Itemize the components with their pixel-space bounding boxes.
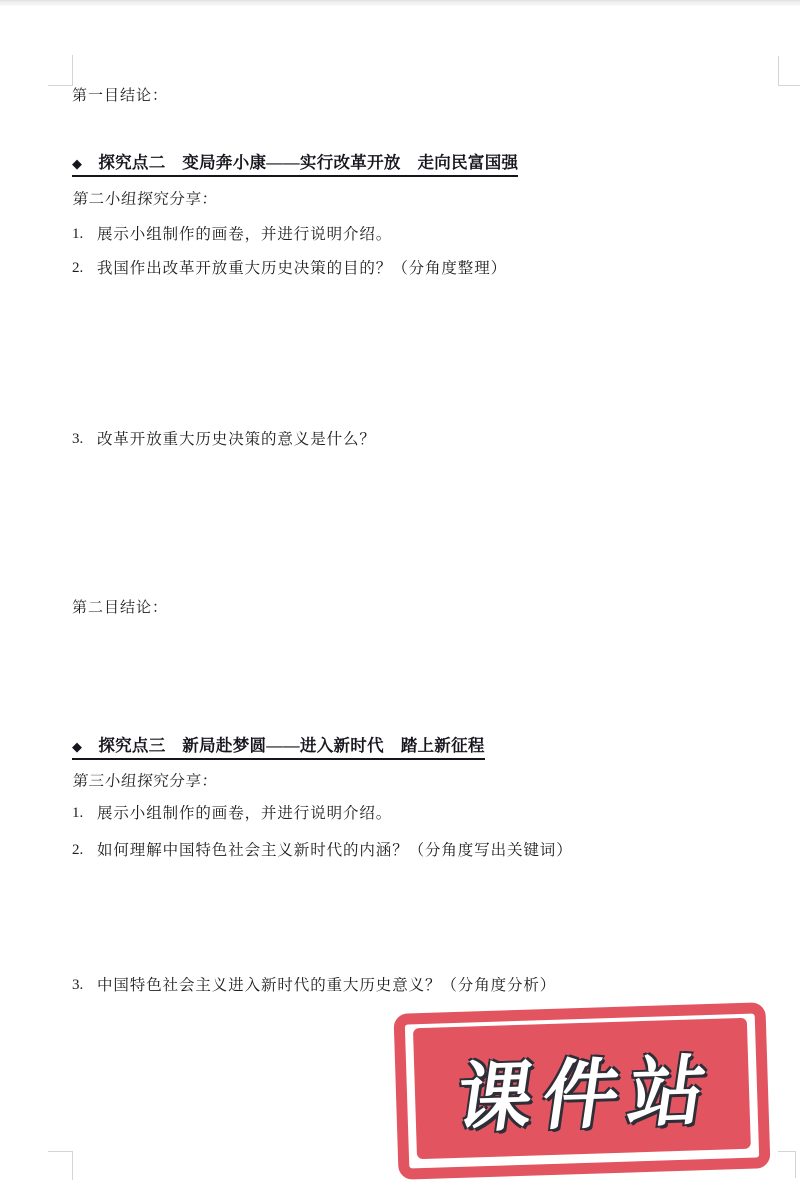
group-three-share-subtitle: 第三小组探究分享：	[72, 774, 218, 790]
document-page: 第一目结论： ◆ 探究点二 变局奔小康——实行改革开放 走向民富国强 第二小组探…	[0, 0, 800, 1200]
list-item: 3. 中国特色社会主义进入新时代的重大历史意义？（分角度分析）	[72, 978, 556, 994]
text-boundary-mark-bottom-right	[778, 1151, 796, 1178]
list-item-text: 改革开放重大历史决策的意义是什么？	[97, 432, 376, 448]
list-item: 1. 展示小组制作的画卷，并进行说明介绍。	[72, 227, 392, 243]
list-item-text: 如何理解中国特色社会主义新时代的内涵？（分角度写出关键词）	[97, 843, 573, 859]
page-top-edge	[0, 0, 800, 6]
list-item-number: 3.	[72, 978, 97, 994]
list-item: 3. 改革开放重大历史决策的意义是什么？	[72, 432, 376, 448]
list-item-number: 3.	[72, 432, 97, 448]
kejianzhan-watermark-stamp: 课件站	[393, 1002, 770, 1180]
inquiry-point-three-heading-text: 探究点三 新局赴梦圆——进入新时代 踏上新征程	[98, 738, 484, 755]
diamond-bullet-icon: ◆	[72, 740, 82, 753]
inquiry-point-two-heading-text: 探究点二 变局奔小康——实行改革开放 走向民富国强	[98, 155, 518, 172]
stamp-red-background: 课件站	[413, 1018, 751, 1159]
list-item-number: 1.	[72, 806, 97, 822]
list-item-number: 1.	[72, 227, 97, 243]
list-item: 2. 如何理解中国特色社会主义新时代的内涵？（分角度写出关键词）	[72, 843, 573, 859]
diamond-bullet-icon: ◆	[72, 157, 82, 170]
inquiry-point-two-heading: ◆ 探究点二 变局奔小康——实行改革开放 走向民富国强	[72, 155, 518, 177]
stamp-text: 课件站	[440, 1030, 724, 1148]
list-item-number: 2.	[72, 261, 97, 277]
group-two-share-subtitle: 第二小组探究分享：	[72, 192, 218, 208]
section-two-conclusion-label: 第二目结论：	[72, 601, 168, 616]
text-boundary-mark-top-left	[48, 55, 73, 86]
text-boundary-mark-bottom-left	[48, 1151, 73, 1180]
list-item-number: 2.	[72, 843, 97, 859]
text-boundary-mark-top-right	[778, 56, 800, 86]
section-one-conclusion-label: 第一目结论：	[72, 89, 168, 104]
inquiry-point-three-heading: ◆ 探究点三 新局赴梦圆——进入新时代 踏上新征程	[72, 738, 485, 760]
list-item: 1. 展示小组制作的画卷，并进行说明介绍。	[72, 806, 392, 822]
list-item: 2. 我国作出改革开放重大历史决策的目的？（分角度整理）	[72, 261, 507, 277]
list-item-text: 展示小组制作的画卷，并进行说明介绍。	[97, 227, 392, 243]
list-item-text: 我国作出改革开放重大历史决策的目的？（分角度整理）	[97, 261, 507, 277]
list-item-text: 中国特色社会主义进入新时代的重大历史意义？（分角度分析）	[97, 978, 556, 994]
list-item-text: 展示小组制作的画卷，并进行说明介绍。	[97, 806, 392, 822]
